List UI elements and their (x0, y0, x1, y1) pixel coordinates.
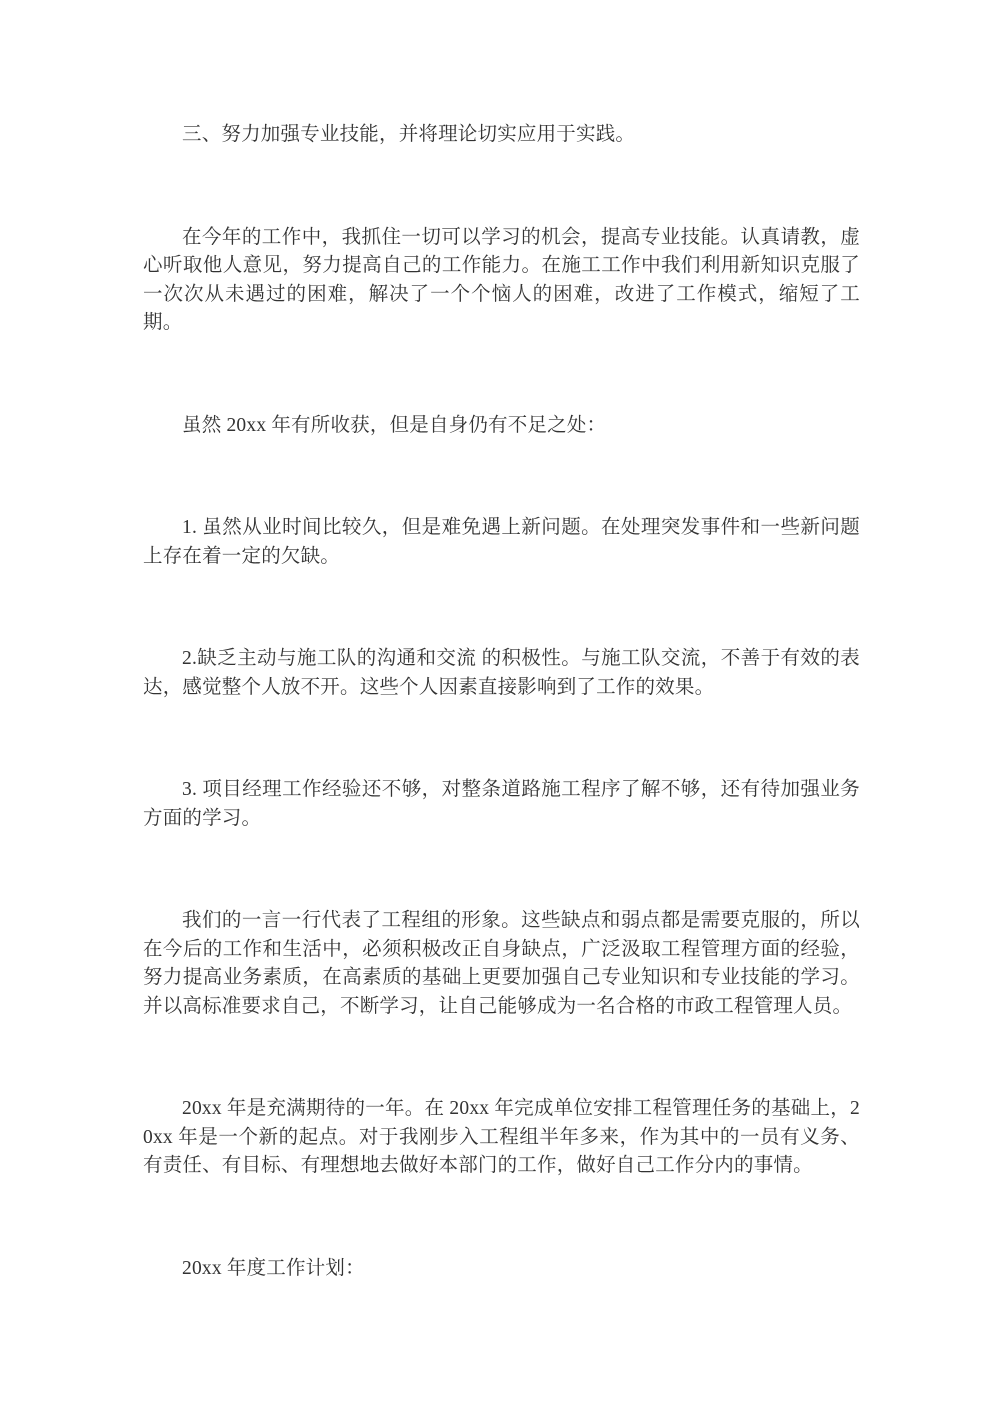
paragraph: 20xx 年是充满期待的一年。在 20xx 年完成单位安排工程管理任务的基础上，… (143, 1095, 860, 1181)
paragraph: 虽然 20xx 年有所收获，但是自身仍有不足之处： (143, 412, 860, 441)
paragraph-plan-heading: 20xx 年度工作计划： (143, 1255, 860, 1284)
document-body: 三、努力加强专业技能，并将理论切实应用于实践。 在今年的工作中，我抓住一切可以学… (143, 121, 860, 1283)
paragraph: 在今年的工作中，我抓住一切可以学习的机会，提高专业技能。认真请教，虚心听取他人意… (143, 224, 860, 338)
paragraph-list-item-1: 1. 虽然从业时间比较久，但是难免遇上新问题。在处理突发事件和一些新问题上存在着… (143, 514, 860, 571)
paragraph-list-item-2: 2.缺乏主动与施工队的沟通和交流 的积极性。与施工队交流，不善于有效的表达，感觉… (143, 645, 860, 702)
paragraph: 我们的一言一行代表了工程组的形象。这些缺点和弱点都是需要克服的，所以在今后的工作… (143, 907, 860, 1021)
paragraph-section-heading: 三、努力加强专业技能，并将理论切实应用于实践。 (143, 121, 860, 150)
paragraph-list-item-3: 3. 项目经理工作经验还不够，对整条道路施工程序了解不够，还有待加强业务方面的学… (143, 776, 860, 833)
document-page: 三、努力加强专业技能，并将理论切实应用于实践。 在今年的工作中，我抓住一切可以学… (0, 0, 1000, 1415)
